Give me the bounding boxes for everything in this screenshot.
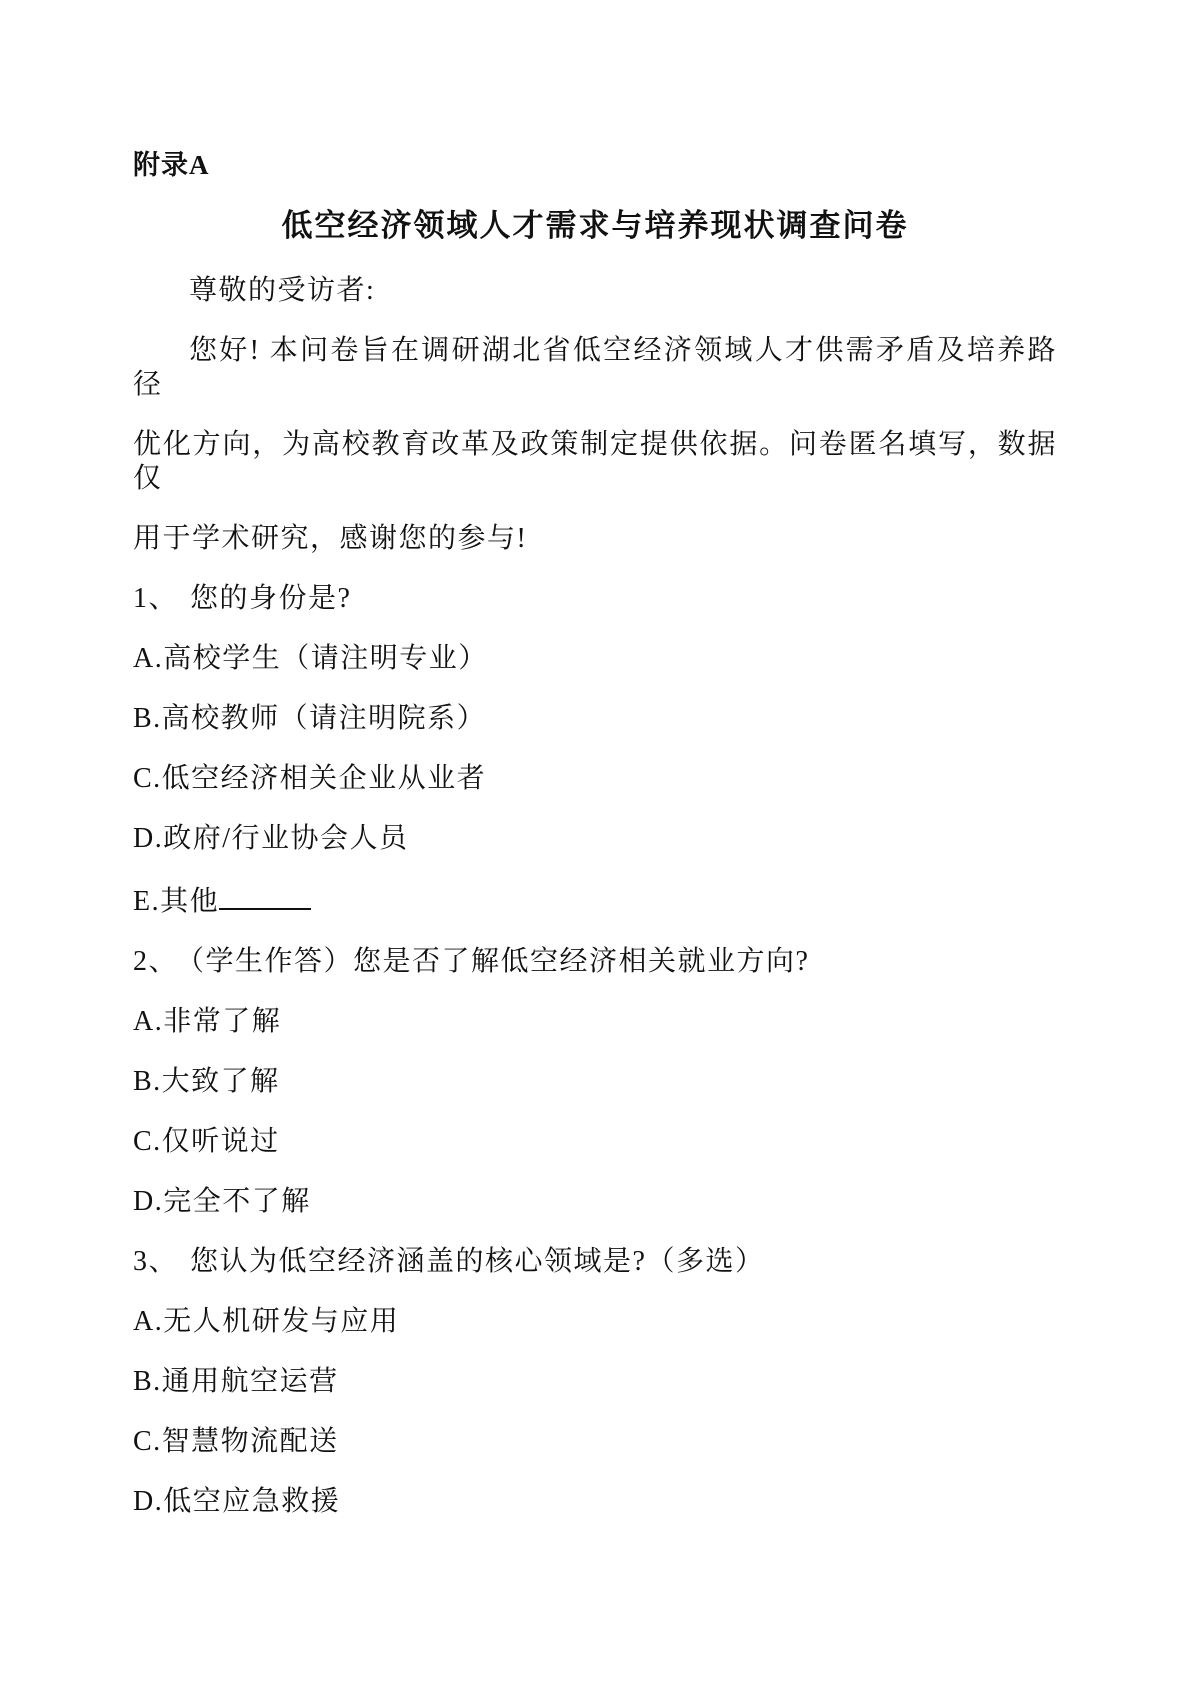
- fill-in-blank-line: [219, 882, 311, 910]
- option-item: B.通用航空运营: [133, 1365, 1057, 1399]
- question-block: 1、您的身份是?A.高校学生（请注明专业）B.高校教师（请注明院系）C.低空经济…: [133, 582, 1057, 919]
- option-label: D.低空应急救援: [133, 1486, 340, 1517]
- option-item: A.非常了解: [133, 1005, 1057, 1039]
- option-item: B.高校教师（请注明院系）: [133, 702, 1057, 736]
- question-label: 您认为低空经济涵盖的核心领域是?（多选）: [190, 1246, 764, 1277]
- option-item: E.其他: [133, 882, 1057, 919]
- question-block: 2、（学生作答）您是否了解低空经济相关就业方向?A.非常了解B.大致了解C.仅听…: [133, 945, 1057, 1219]
- question-text: 2、（学生作答）您是否了解低空经济相关就业方向?: [133, 945, 1057, 979]
- option-label: C.低空经济相关企业从业者: [133, 763, 486, 794]
- option-item: A.无人机研发与应用: [133, 1305, 1057, 1339]
- appendix-label: 附录A: [133, 148, 1057, 182]
- option-item: C.智慧物流配送: [133, 1425, 1057, 1459]
- question-text: 1、您的身份是?: [133, 582, 1057, 616]
- document-page: 附录A 低空经济领域人才需求与培养现状调查问卷 尊敬的受访者: 您好! 本问卷旨…: [0, 0, 1190, 1683]
- question-block: 3、您认为低空经济涵盖的核心领域是?（多选）A.无人机研发与应用B.通用航空运营…: [133, 1245, 1057, 1519]
- intro-paragraph-line: 您好! 本问卷旨在调研湖北省低空经济领域人才供需矛盾及培养路径: [133, 334, 1057, 402]
- option-label: D.完全不了解: [133, 1186, 311, 1217]
- option-item: A.高校学生（请注明专业）: [133, 642, 1057, 676]
- option-label: B.高校教师（请注明院系）: [133, 703, 486, 734]
- option-item: C.仅听说过: [133, 1125, 1057, 1159]
- option-label: A.非常了解: [133, 1006, 281, 1037]
- option-item: B.大致了解: [133, 1065, 1057, 1099]
- question-number: 3、: [133, 1246, 178, 1277]
- question-number: 1、: [133, 583, 178, 614]
- intro-paragraph-line: 用于学术研究，感谢您的参与!: [133, 522, 1057, 556]
- option-item: D.低空应急救援: [133, 1485, 1057, 1519]
- questions-section: 1、您的身份是?A.高校学生（请注明专业）B.高校教师（请注明院系）C.低空经济…: [133, 582, 1057, 1519]
- salutation: 尊敬的受访者:: [133, 274, 1057, 308]
- option-item: C.低空经济相关企业从业者: [133, 762, 1057, 796]
- document-title: 低空经济领域人才需求与培养现状调查问卷: [133, 206, 1057, 246]
- option-label: C.智慧物流配送: [133, 1426, 339, 1457]
- question-number: 2、: [133, 946, 178, 977]
- option-item: D.完全不了解: [133, 1185, 1057, 1219]
- option-label: E.其他: [133, 886, 219, 917]
- question-label: 您的身份是?: [190, 583, 351, 614]
- option-label: B.大致了解: [133, 1066, 280, 1097]
- option-label: A.无人机研发与应用: [133, 1306, 399, 1337]
- option-label: A.高校学生（请注明专业）: [133, 643, 488, 674]
- question-label: （学生作答）您是否了解低空经济相关就业方向?: [190, 946, 809, 977]
- option-label: D.政府/行业协会人员: [133, 823, 409, 854]
- question-text: 3、您认为低空经济涵盖的核心领域是?（多选）: [133, 1245, 1057, 1279]
- option-label: C.仅听说过: [133, 1126, 280, 1157]
- intro-paragraph-line: 优化方向，为高校教育改革及政策制定提供依据。问卷匿名填写，数据仅: [133, 428, 1057, 496]
- option-item: D.政府/行业协会人员: [133, 822, 1057, 856]
- option-label: B.通用航空运营: [133, 1366, 339, 1397]
